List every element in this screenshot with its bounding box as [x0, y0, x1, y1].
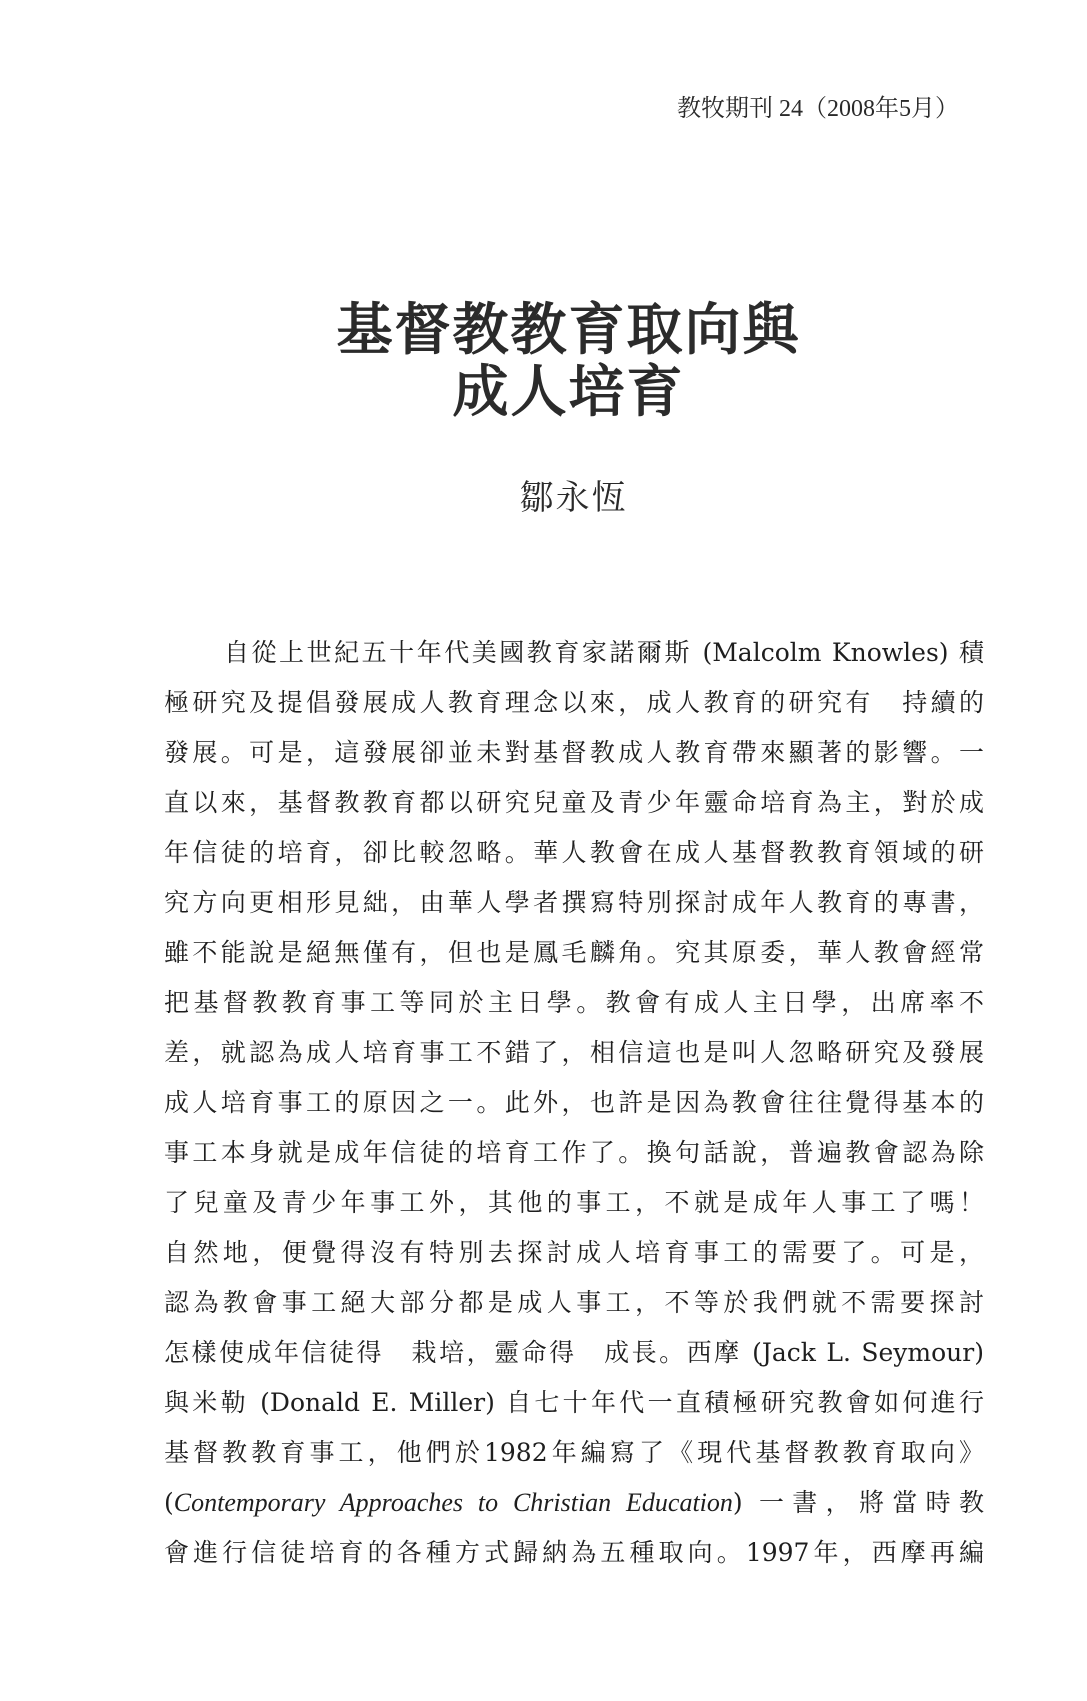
body-line: 事工本身就是成年信徒的培育工作了。換句話說，普遍教會認為除	[164, 1128, 984, 1178]
body-line: 自然地，便覺得沒有特別去探討成人培育事工的需要了。可是，	[164, 1228, 984, 1278]
body-line: 極研究及提倡發展成人教育理念以來，成人教育的研究有 持續的	[164, 678, 984, 728]
body-line: 雖不能說是絕無僅有，但也是鳳毛麟角。究其原委，華人教會經常	[164, 928, 984, 978]
body-line: 怎樣使成年信徒得 栽培，靈命得 成長。西摩 (Jack L. Seymour)	[164, 1328, 984, 1378]
body-line-book-title: (Contemporary Approaches to Christian Ed…	[164, 1478, 984, 1528]
body-line: 發展。可是，這發展卻並未對基督教成人教育帶來顯著的影響。一	[164, 728, 984, 778]
title-line-2: 成人培育	[50, 362, 1087, 424]
journal-header: 教牧期刊 24（2008年5月）	[677, 88, 959, 123]
title-line-1: 基督教教育取向與	[50, 300, 1087, 362]
body-line: 基督教教育事工，他們於1982年編寫了《現代基督教教育取向》	[164, 1428, 984, 1478]
body-line: 直以來，基督教教育都以研究兒童及青少年靈命培育為主，對於成	[164, 778, 984, 828]
body-line: 差，就認為成人培育事工不錯了，相信這也是叫人忽略研究及發展	[164, 1028, 984, 1078]
body-line: 會進行信徒培育的各種方式歸納為五種取向。1997年，西摩再編	[164, 1528, 984, 1578]
line-remainder: ) 一書，將當時教	[733, 1488, 984, 1517]
body-line: 自從上世紀五十年代美國教育家諾爾斯 (Malcolm Knowles) 積	[164, 628, 984, 678]
article-body: 自從上世紀五十年代美國教育家諾爾斯 (Malcolm Knowles) 積 極研…	[164, 628, 984, 1578]
body-line: 年信徒的培育，卻比較忽略。華人教會在成人基督教教育領域的研	[164, 828, 984, 878]
body-line: 究方向更相形見絀，由華人學者撰寫特別探討成年人教育的專書，	[164, 878, 984, 928]
body-line: 把基督教教育事工等同於主日學。教會有成人主日學，出席率不	[164, 978, 984, 1028]
paren-open: (	[164, 1488, 174, 1517]
body-line: 成人培育事工的原因之一。此外，也許是因為教會往往覺得基本的	[164, 1078, 984, 1128]
article-title: 基督教教育取向與 成人培育	[0, 300, 1087, 424]
book-title-italic: Contemporary Approaches to Christian Edu…	[174, 1488, 733, 1517]
body-line: 了兒童及青少年事工外，其他的事工，不就是成年人事工了嗎！	[164, 1178, 984, 1228]
author-name: 鄒永恆	[0, 470, 1087, 519]
body-line: 認為教會事工絕大部分都是成人事工，不等於我們就不需要探討	[164, 1278, 984, 1328]
body-line: 與米勒 (Donald E. Miller) 自七十年代一直積極研究教會如何進行	[164, 1378, 984, 1428]
